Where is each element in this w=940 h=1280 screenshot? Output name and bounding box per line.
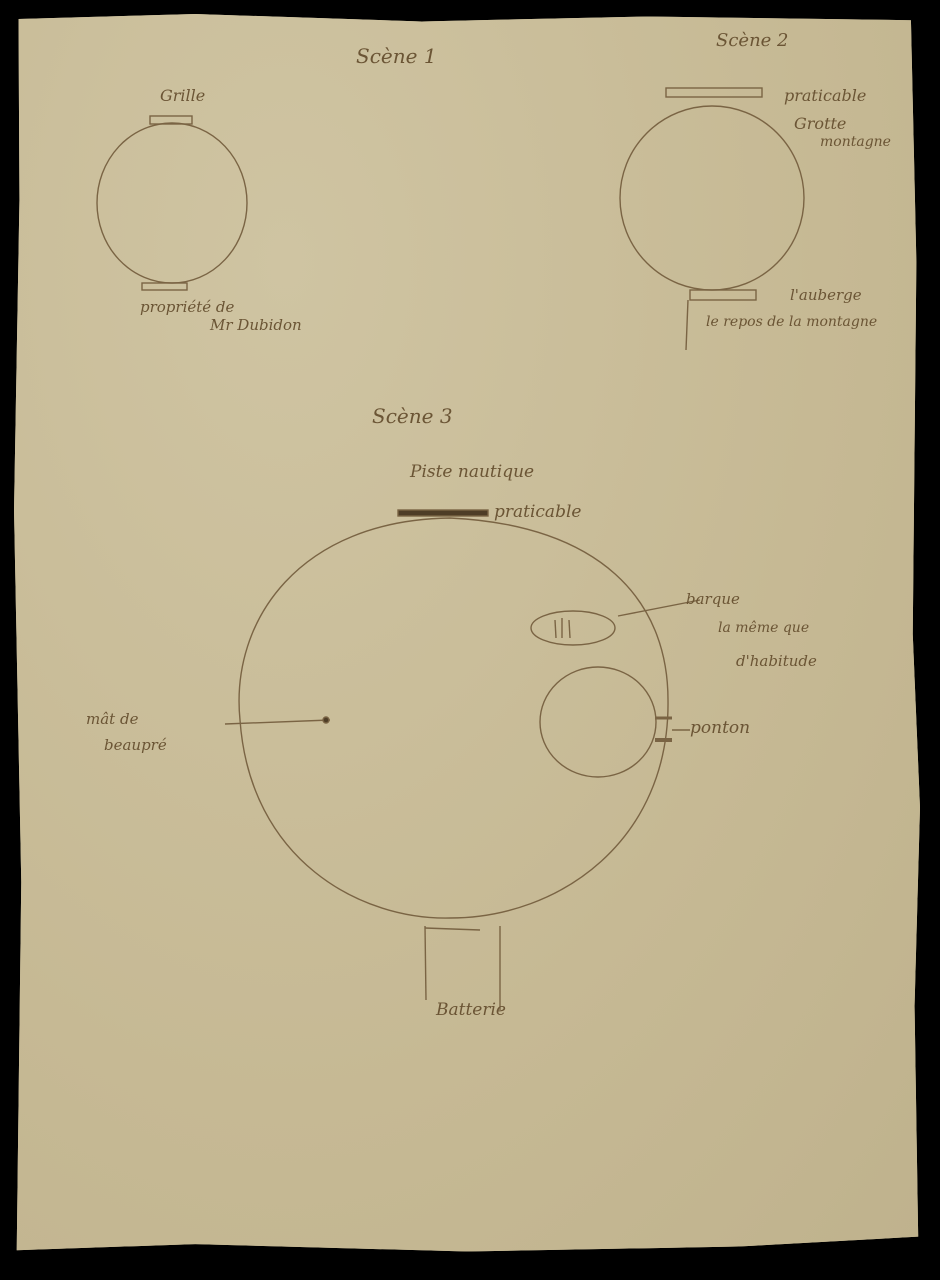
scene3-label-habitude: d'habitude xyxy=(736,652,817,670)
scene3-label-beaupre: beaupré xyxy=(104,736,167,754)
scene3-label-mat: mât de xyxy=(86,710,138,728)
scene3-title: Scène 3 xyxy=(372,404,453,428)
scene1-label-owner: Mr Dubidon xyxy=(210,316,302,334)
scene1-title: Scène 1 xyxy=(356,44,437,68)
scene3-label-meme: la même que xyxy=(718,620,809,636)
scene2-title: Scène 2 xyxy=(716,30,788,51)
scene2-label-grotte: Grotte xyxy=(794,114,846,133)
scene3-diagram xyxy=(225,510,700,1010)
scene2-label-repos: le repos de la montagne xyxy=(706,314,877,330)
scene1-diagram xyxy=(97,116,247,290)
scene2-label-montagne: montagne xyxy=(820,134,891,150)
scene3-label-batterie: Batterie xyxy=(436,1000,506,1020)
scene3-label-ponton: ponton xyxy=(690,718,750,738)
stage-sketches xyxy=(0,0,940,1280)
scene2-diagram xyxy=(620,88,804,350)
scene1-label-grille: Grille xyxy=(160,86,205,105)
scene3-label-piste: Piste nautique xyxy=(410,462,534,482)
scene3-label-praticable: praticable xyxy=(494,502,581,522)
scene3-label-barque: barque xyxy=(686,590,740,608)
scene1-label-propriete: propriété de xyxy=(140,298,234,316)
scene2-label-praticable: praticable xyxy=(784,86,866,105)
scene2-label-auberge: l'auberge xyxy=(790,286,862,304)
